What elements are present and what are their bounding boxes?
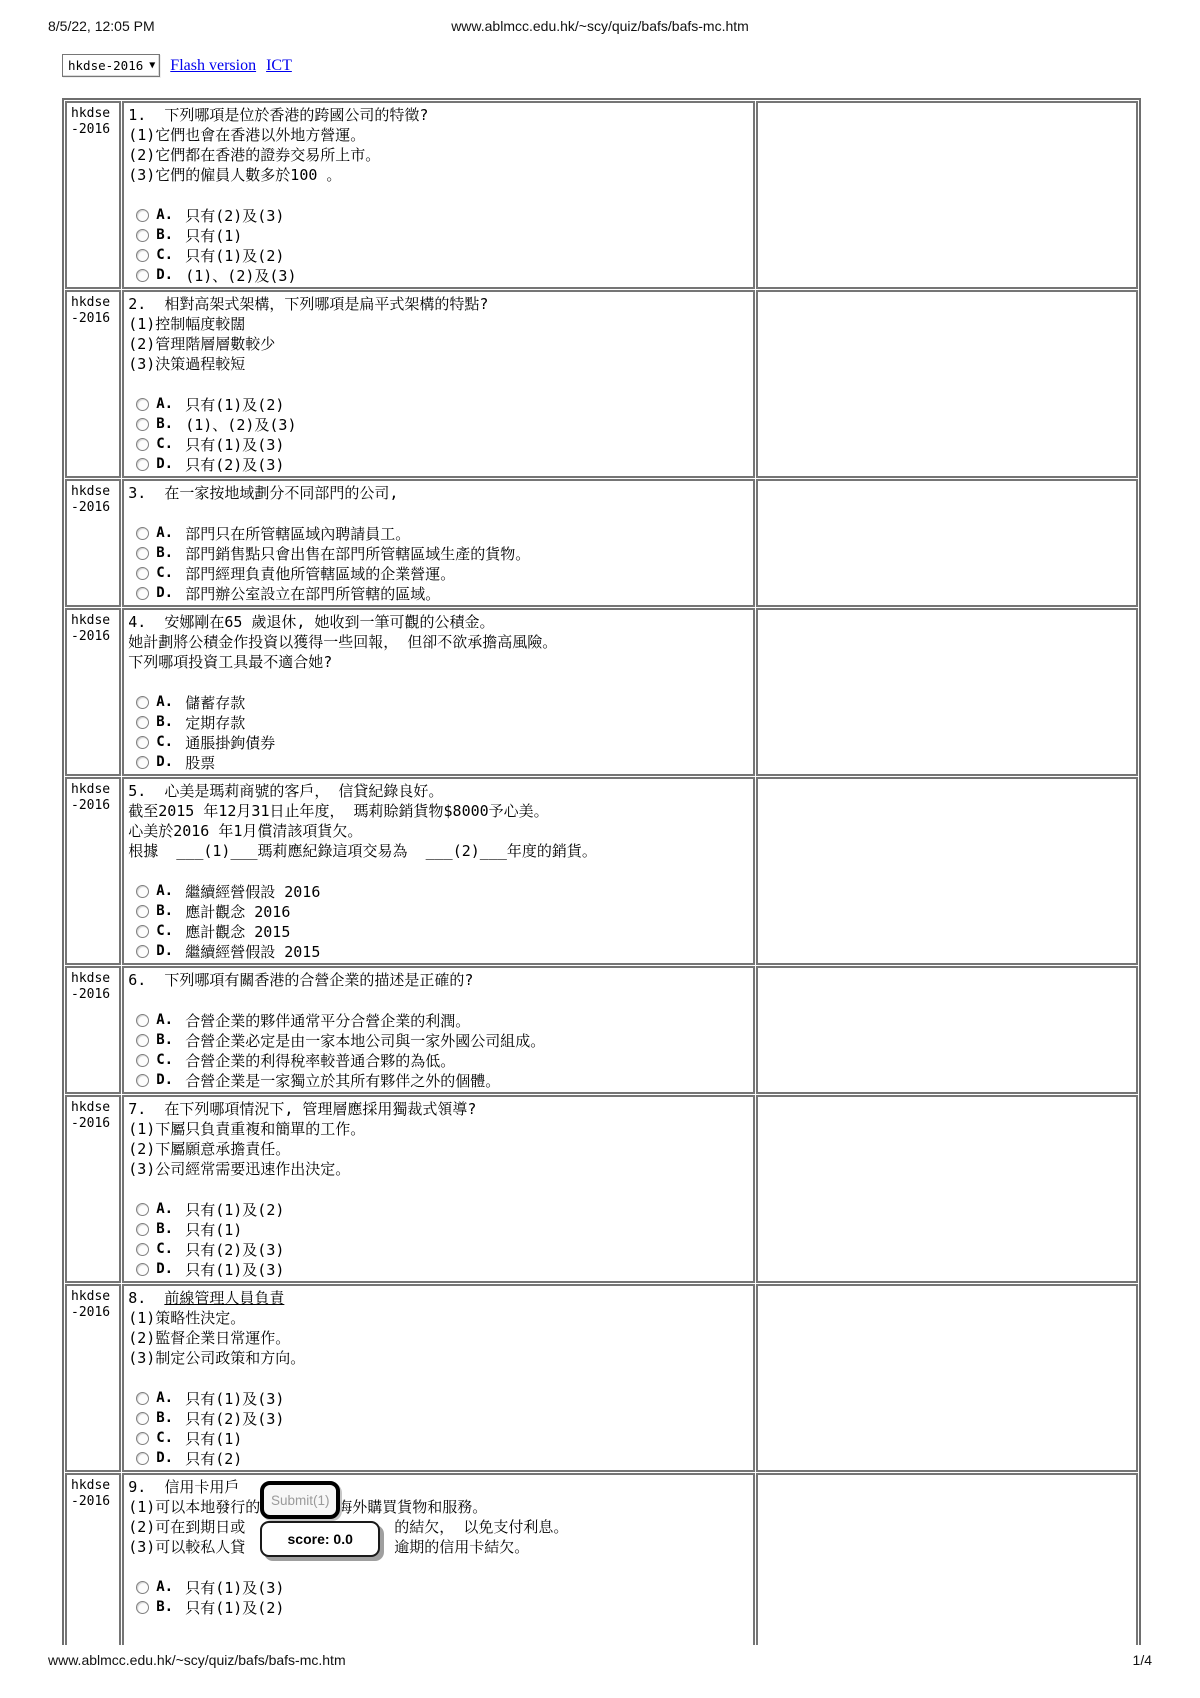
question-text-line: 心美於2016 年1月償清該項貨欠。 [128,821,748,841]
option-letter: B. [156,1221,178,1237]
question-text-line: (3)決策過程較短 [128,354,748,374]
answer-cell [756,290,1138,478]
question-text-line: (3)公司經常需要迅速作出決定。 [128,1159,748,1179]
option-row: A.只有(2)及(3) [128,205,748,225]
radio-button[interactable] [136,229,149,242]
option-text: 只有(1)及(3) [185,434,284,455]
text-fragment-right: 海外購買貨物和服務。 [337,1498,487,1516]
option-row: A.只有(1)及(2) [128,1199,748,1219]
question-text-line: (2)可在到期日或的結欠， 以免支付利息。 [128,1517,748,1537]
options-list: A.部門只在所管轄區域內聘請員工。B.部門銷售點只會出售在部門所管轄區域生產的貨… [128,523,748,603]
answer-cell [756,479,1138,607]
option-text: 只有(1)及(2) [185,245,284,266]
option-row: B.部門銷售點只會出售在部門所管轄區域生產的貨物。 [128,543,748,563]
question-label-cell: hkdse-2016 [65,608,121,776]
option-text: (1)、(2)及(3) [185,414,296,435]
option-letter: C. [156,436,178,452]
question-row: hkdse-20167. 在下列哪項情況下, 管理層應採用獨裁式領導?(1)下屬… [65,1095,1138,1283]
radio-button[interactable] [136,1243,149,1256]
option-row: B.只有(1) [128,225,748,245]
question-text-line: 7. 在下列哪項情況下, 管理層應採用獨裁式領導? [128,1099,748,1119]
quiz-select-dropdown[interactable]: hkdse-2016 ▼ [62,54,160,77]
option-letter: B. [156,227,178,243]
header-datetime: 8/5/22, 12:05 PM [48,18,155,34]
option-letter: B. [156,903,178,919]
option-letter: D. [156,456,178,472]
question-number: 8. [128,1289,164,1307]
options-list: A.合營企業的夥伴通常平分合營企業的利潤。B.合營企業必定是由一家本地公司與一家… [128,1010,748,1090]
radio-button[interactable] [136,1581,149,1594]
score-box: score: 0.0 [260,1521,380,1557]
option-text: 只有(1) [185,225,242,246]
radio-button[interactable] [136,587,149,600]
question-text-line: 下列哪項投資工具最不適合她? [128,652,748,672]
question-source-label: hkdse-2016 [71,484,115,516]
radio-button[interactable] [136,885,149,898]
option-row: A.部門只在所管轄區域內聘請員工。 [128,523,748,543]
options-list: A.只有(1)及(2)B.只有(1)C.只有(2)及(3)D.只有(1)及(3) [128,1199,748,1279]
option-letter: A. [156,694,178,710]
question-text-line: (2)下屬願意承擔責任。 [128,1139,748,1159]
option-row: B.(1)、(2)及(3) [128,414,748,434]
option-letter: A. [156,525,178,541]
question-text-line: 6. 下列哪項有關香港的合營企業的描述是正確的? [128,970,748,990]
radio-button[interactable] [136,249,149,262]
question-source-label: hkdse-2016 [71,613,115,645]
question-text-line: 她計劃將公積金作投資以獲得一些回報， 但卻不欲承擔高風險。 [128,632,748,652]
radio-button[interactable] [136,1223,149,1236]
option-text: 合營企業的夥伴通常平分合營企業的利潤。 [185,1010,470,1031]
radio-button[interactable] [136,736,149,749]
question-cell: 6. 下列哪項有關香港的合營企業的描述是正確的?A.合營企業的夥伴通常平分合營企… [122,966,754,1094]
radio-button[interactable] [136,716,149,729]
print-header: www.ablmcc.edu.hk/~scy/quiz/bafs/bafs-mc… [0,18,1200,38]
radio-button[interactable] [136,269,149,282]
text-fragment-left: (2)可在到期日或 [128,1518,245,1536]
option-row: D.(1)、(2)及(3) [128,265,748,285]
ict-link[interactable]: ICT [266,57,292,75]
radio-button[interactable] [136,1014,149,1027]
option-letter: B. [156,545,178,561]
option-text: 只有(2) [185,1448,242,1469]
option-letter: C. [156,1052,178,1068]
question-source-label: hkdse-2016 [71,971,115,1003]
option-text: 部門銷售點只會出售在部門所管轄區域生產的貨物。 [185,543,530,564]
option-row: C.通脹掛鉤債券 [128,732,748,752]
radio-button[interactable] [136,1034,149,1047]
question-text-line: (1)策略性決定。 [128,1308,748,1328]
radio-button[interactable] [136,438,149,451]
question-text-line: 2. 相對高架式架構，下列哪項是扁平式架構的特點? [128,294,748,314]
option-row: A.儲蓄存款 [128,692,748,712]
option-letter: B. [156,714,178,730]
question-label-cell: hkdse-2016 [65,101,121,289]
question-cell: 4. 安娜剛在65 歲退休, 她收到一筆可觀的公積金。她計劃將公積金作投資以獲得… [122,608,754,776]
question-row: hkdse-20169. 信用卡用戶(1)可以本地發行的海外購買貨物和服務。(2… [65,1473,1138,1645]
option-row: C.部門經理負責他所管轄區域的企業營運。 [128,563,748,583]
question-text-line: (2)監督企業日常運作。 [128,1328,748,1348]
option-row: A.只有(1)及(2) [128,394,748,414]
radio-button[interactable] [136,696,149,709]
flash-version-link[interactable]: Flash version [170,57,256,75]
underlined-text: 前線管理人員負責 [164,1289,284,1307]
text-fragment-left: (1)可以本地發行的 [128,1498,260,1516]
radio-button[interactable] [136,547,149,560]
option-row: D.合營企業是一家獨立於其所有夥伴之外的個體。 [128,1070,748,1090]
option-letter: B. [156,416,178,432]
option-row: B.只有(1)及(2) [128,1597,748,1617]
radio-button[interactable] [136,458,149,471]
footer-url: www.ablmcc.edu.hk/~scy/quiz/bafs/bafs-mc… [48,1652,346,1668]
question-row: hkdse-20166. 下列哪項有關香港的合營企業的描述是正確的?A.合營企業… [65,966,1138,1094]
question-text-line: (3)制定公司政策和方向。 [128,1348,748,1368]
option-row: D.股票 [128,752,748,772]
option-letter: C. [156,247,178,263]
option-text: 只有(1)及(2) [185,1199,284,1220]
question-text-line: 1. 下列哪項是位於香港的跨國公司的特徵? [128,105,748,125]
radio-button[interactable] [136,567,149,580]
options-list: A.只有(1)及(2)B.(1)、(2)及(3)C.只有(1)及(3)D.只有(… [128,394,748,474]
radio-button[interactable] [136,1392,149,1405]
radio-button[interactable] [136,1263,149,1276]
question-text-line: 截至2015 年12月31日止年度， 瑪莉賒銷貨物$8000予心美。 [128,801,748,821]
radio-button[interactable] [136,925,149,938]
option-text: 合營企業的利得稅率較普通合夥的為低。 [185,1050,455,1071]
option-letter: A. [156,1012,178,1028]
question-source-label: hkdse-2016 [71,1100,115,1132]
option-row: B.定期存款 [128,712,748,732]
answer-cell [756,1095,1138,1283]
question-label-cell: hkdse-2016 [65,966,121,1094]
option-text: 只有(1)及(2) [185,1597,284,1618]
question-label-cell: hkdse-2016 [65,1473,121,1645]
option-letter: D. [156,585,178,601]
option-text: 合營企業必定是由一家本地公司與一家外國公司組成。 [185,1030,545,1051]
radio-button[interactable] [136,945,149,958]
question-text-line: (2)它們都在香港的證券交易所上市。 [128,145,748,165]
answer-cell [756,1473,1138,1645]
option-letter: C. [156,1430,178,1446]
option-row: C.只有(2)及(3) [128,1239,748,1259]
question-row: hkdse-20163. 在一家按地域劃分不同部門的公司,A.部門只在所管轄區域… [65,479,1138,607]
option-text: 只有(1)及(3) [185,1259,284,1280]
question-label-cell: hkdse-2016 [65,777,121,965]
option-row: A.只有(1)及(3) [128,1577,748,1597]
question-row: hkdse-20165. 心美是瑪莉商號的客戶， 信貸紀錄良好。截至2015 年… [65,777,1138,965]
option-text: 只有(1)及(2) [185,394,284,415]
question-cell: 7. 在下列哪項情況下, 管理層應採用獨裁式領導?(1)下屬只負責重複和簡單的工… [122,1095,754,1283]
question-row: hkdse-20161. 下列哪項是位於香港的跨國公司的特徵?(1)它們也會在香… [65,101,1138,289]
question-row: hkdse-20168. 前線管理人員負責(1)策略性決定。(2)監督企業日常運… [65,1284,1138,1472]
option-text: 只有(2)及(3) [185,454,284,475]
question-cell: 2. 相對高架式架構，下列哪項是扁平式架構的特點?(1)控制幅度較闊(2)管理階… [122,290,754,478]
option-letter: B. [156,1410,178,1426]
option-row: D.只有(1)及(3) [128,1259,748,1279]
page-number: 1/4 [1133,1652,1152,1668]
option-text: 只有(1) [185,1219,242,1240]
question-text-line: (1)可以本地發行的海外購買貨物和服務。 [128,1497,748,1517]
option-text: 繼續經營假設 2016 [185,881,320,902]
text-fragment-right: 的結欠， 以免支付利息。 [394,1518,568,1536]
print-footer: www.ablmcc.edu.hk/~scy/quiz/bafs/bafs-mc… [0,1652,1200,1672]
radio-button[interactable] [136,905,149,918]
option-letter: C. [156,734,178,750]
submit-button[interactable]: Submit(1) [260,1481,340,1519]
answer-cell [756,101,1138,289]
option-row: A.只有(1)及(3) [128,1388,748,1408]
quiz-page: { "header": { "datetime": "8/5/22, 12:05… [0,0,1200,1698]
question-cell: 9. 信用卡用戶(1)可以本地發行的海外購買貨物和服務。(2)可在到期日或的結欠… [122,1473,754,1645]
option-letter: D. [156,943,178,959]
option-row: D.只有(2)及(3) [128,454,748,474]
question-text-line: (3)它們的僱員人數多於100 。 [128,165,748,185]
option-letter: D. [156,1261,178,1277]
question-source-label: hkdse-2016 [71,1478,115,1510]
option-row: C.應計觀念 2015 [128,921,748,941]
radio-button[interactable] [136,756,149,769]
radio-button[interactable] [136,1601,149,1614]
option-text: 部門辦公室設立在部門所管轄的區域。 [185,583,440,604]
text-fragment-right: 逾期的信用卡結欠。 [394,1538,529,1556]
quiz-table-clip: hkdse-20161. 下列哪項是位於香港的跨國公司的特徵?(1)它們也會在香… [62,98,1143,1645]
option-letter: A. [156,1201,178,1217]
option-text: 只有(1) [185,1428,242,1449]
option-row: D.部門辦公室設立在部門所管轄的區域。 [128,583,748,603]
radio-button[interactable] [136,209,149,222]
option-letter: C. [156,1241,178,1257]
question-cell: 8. 前線管理人員負責(1)策略性決定。(2)監督企業日常運作。(3)制定公司政… [122,1284,754,1472]
option-text: (1)、(2)及(3) [185,265,296,286]
radio-button[interactable] [136,1074,149,1087]
option-text: 只有(2)及(3) [185,1408,284,1429]
question-text-line: 3. 在一家按地域劃分不同部門的公司, [128,483,748,503]
option-row: C.只有(1)及(2) [128,245,748,265]
option-letter: D. [156,1072,178,1088]
radio-button[interactable] [136,418,149,431]
radio-button[interactable] [136,1203,149,1216]
option-letter: A. [156,883,178,899]
question-text-line: (1)控制幅度較闊 [128,314,748,334]
answer-cell [756,777,1138,965]
question-label-cell: hkdse-2016 [65,1284,121,1472]
options-list: A.繼續經營假設 2016B.應計觀念 2016C.應計觀念 2015D.繼續經… [128,881,748,961]
option-text: 部門只在所管轄區域內聘請員工。 [185,523,410,544]
radio-button[interactable] [136,1412,149,1425]
option-text: 只有(2)及(3) [185,205,284,226]
option-text: 股票 [185,752,215,773]
option-row: A.繼續經營假設 2016 [128,881,748,901]
option-row: D.只有(2) [128,1448,748,1468]
quiz-select-value: hkdse-2016 [68,58,143,73]
radio-button[interactable] [136,398,149,411]
option-letter: C. [156,923,178,939]
question-source-label: hkdse-2016 [71,1289,115,1321]
option-text: 部門經理負責他所管轄區域的企業營運。 [185,563,455,584]
option-text: 定期存款 [185,712,245,733]
option-row: A.合營企業的夥伴通常平分合營企業的利潤。 [128,1010,748,1030]
question-label-cell: hkdse-2016 [65,479,121,607]
radio-button[interactable] [136,1054,149,1067]
radio-button[interactable] [136,1432,149,1445]
answer-cell [756,608,1138,776]
question-text-line: 9. 信用卡用戶 [128,1477,748,1497]
question-text-line: 4. 安娜剛在65 歲退休, 她收到一筆可觀的公積金。 [128,612,748,632]
quiz-table: hkdse-20161. 下列哪項是位於香港的跨國公司的特徵?(1)它們也會在香… [62,98,1141,1645]
question-text-line: (1)它們也會在香港以外地方營運。 [128,125,748,145]
question-cell: 3. 在一家按地域劃分不同部門的公司,A.部門只在所管轄區域內聘請員工。B.部門… [122,479,754,607]
option-letter: A. [156,1390,178,1406]
option-text: 通脹掛鉤債券 [185,732,275,753]
option-letter: C. [156,565,178,581]
question-cell: 1. 下列哪項是位於香港的跨國公司的特徵?(1)它們也會在香港以外地方營運。(2… [122,101,754,289]
option-text: 合營企業是一家獨立於其所有夥伴之外的個體。 [185,1070,500,1091]
option-letter: A. [156,396,178,412]
chevron-down-icon: ▼ [149,61,155,71]
controls-bar: hkdse-2016 ▼ Flash version ICT [62,54,292,77]
option-row: B.應計觀念 2016 [128,901,748,921]
option-letter: A. [156,1579,178,1595]
option-text: 只有(1)及(3) [185,1577,284,1598]
question-text-line: 5. 心美是瑪莉商號的客戶， 信貸紀錄良好。 [128,781,748,801]
question-label-cell: hkdse-2016 [65,1095,121,1283]
question-text-line: 根據 ___(1)___瑪莉應紀錄這項交易為 ___(2)___年度的銷貨。 [128,841,748,861]
answer-cell [756,966,1138,1094]
option-text: 只有(1)及(3) [185,1388,284,1409]
question-text-line: 8. 前線管理人員負責 [128,1288,748,1308]
question-text-line: (2)管理階層層數較少 [128,334,748,354]
option-row: C.只有(1)及(3) [128,434,748,454]
option-letter: D. [156,267,178,283]
option-text: 應計觀念 2015 [185,921,290,942]
option-letter: D. [156,1450,178,1466]
question-source-label: hkdse-2016 [71,106,115,138]
question-cell: 5. 心美是瑪莉商號的客戶， 信貸紀錄良好。截至2015 年12月31日止年度，… [122,777,754,965]
option-row: B.只有(1) [128,1219,748,1239]
option-letter: D. [156,754,178,770]
options-list: A.只有(2)及(3)B.只有(1)C.只有(1)及(2)D.(1)、(2)及(… [128,205,748,285]
option-letter: B. [156,1599,178,1615]
question-source-label: hkdse-2016 [71,782,115,814]
radio-button[interactable] [136,527,149,540]
option-row: D.繼續經營假設 2015 [128,941,748,961]
option-text: 應計觀念 2016 [185,901,290,922]
options-list: A.儲蓄存款B.定期存款C.通脹掛鉤債券D.股票 [128,692,748,772]
question-row: hkdse-20162. 相對高架式架構，下列哪項是扁平式架構的特點?(1)控制… [65,290,1138,478]
header-url: www.ablmcc.edu.hk/~scy/quiz/bafs/bafs-mc… [0,18,1200,34]
option-text: 儲蓄存款 [185,692,245,713]
answer-cell [756,1284,1138,1472]
option-row: B.只有(2)及(3) [128,1408,748,1428]
option-row: C.合營企業的利得稅率較普通合夥的為低。 [128,1050,748,1070]
question-source-label: hkdse-2016 [71,295,115,327]
question-text-line: (1)下屬只負責重複和簡單的工作。 [128,1119,748,1139]
radio-button[interactable] [136,1452,149,1465]
question-row: hkdse-20164. 安娜剛在65 歲退休, 她收到一筆可觀的公積金。她計劃… [65,608,1138,776]
option-letter: A. [156,207,178,223]
option-row: B.合營企業必定是由一家本地公司與一家外國公司組成。 [128,1030,748,1050]
options-list: A.只有(1)及(3)B.只有(2)及(3)C.只有(1)D.只有(2) [128,1388,748,1468]
question-text-line: (3)可以較私人貸逾期的信用卡結欠。 [128,1537,748,1557]
options-list: A.只有(1)及(3)B.只有(1)及(2) [128,1577,748,1617]
text-fragment-left: (3)可以較私人貸 [128,1538,245,1556]
option-letter: B. [156,1032,178,1048]
question-label-cell: hkdse-2016 [65,290,121,478]
option-row: C.只有(1) [128,1428,748,1448]
option-text: 只有(2)及(3) [185,1239,284,1260]
option-text: 繼續經營假設 2015 [185,941,320,962]
